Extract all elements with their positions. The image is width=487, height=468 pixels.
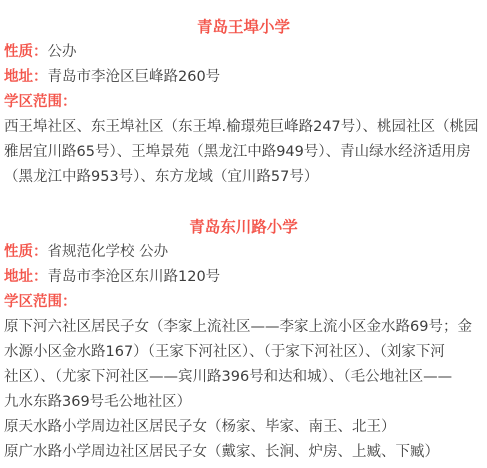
address-value: 青岛市李沧区巨峰路260号 <box>48 69 221 85</box>
nature-label: 性质： <box>4 244 48 260</box>
address-label: 地址： <box>4 269 48 285</box>
school-info-document: 青岛王埠小学 性质：公办 地址：青岛市李沧区巨峰路260号 学区范围： 西王埠社… <box>0 0 487 468</box>
district-label: 学区范围： <box>4 90 483 115</box>
school-title: 青岛王埠小学 <box>4 15 483 40</box>
district-line: 社区）、（尤家下河社区——宾川路396号和达和城）、（毛公地社区—— <box>4 365 483 390</box>
district-line: 原天水路小学周边社区居民子女（杨家、毕家、南王、北王） <box>4 415 483 440</box>
district-line: 九水东路369号毛公地社区） <box>4 390 483 415</box>
nature-value: 公办 <box>48 44 77 60</box>
nature-field: 性质：公办 <box>4 40 483 65</box>
address-value: 青岛市李沧区东川路120号 <box>48 269 221 285</box>
nature-value: 省规范化学校 公办 <box>48 244 169 260</box>
address-label: 地址： <box>4 69 48 85</box>
district-label: 学区范围： <box>4 290 483 315</box>
district-line: （黑龙江中路953号）、东方龙域（宜川路57号） <box>4 165 483 190</box>
address-field: 地址：青岛市李沧区东川路120号 <box>4 265 483 290</box>
nature-field: 性质：省规范化学校 公办 <box>4 240 483 265</box>
district-line: 雅居宜川路65号）、王埠景苑（黑龙江中路949号）、青山绿水经济适用房 <box>4 140 483 165</box>
district-line: 原下河六社区居民子女（李家上流社区——李家上流小区金水路69号；金 <box>4 315 483 340</box>
district-line: 原广水路小学周边社区居民子女（戴家、长涧、炉房、上臧、下臧） <box>4 440 483 465</box>
district-line: 水源小区金水路167）（王家下河社区）、（于家下河社区）、（刘家下河 <box>4 340 483 365</box>
school-section-dongchuanlu: 青岛东川路小学 性质：省规范化学校 公办 地址：青岛市李沧区东川路120号 学区… <box>4 215 483 465</box>
nature-label: 性质： <box>4 44 48 60</box>
school-section-wangbu: 青岛王埠小学 性质：公办 地址：青岛市李沧区巨峰路260号 学区范围： 西王埠社… <box>4 15 483 190</box>
address-field: 地址：青岛市李沧区巨峰路260号 <box>4 65 483 90</box>
school-title: 青岛东川路小学 <box>4 215 483 240</box>
district-line: 西王埠社区、东王埠社区（东王埠.榆璟苑巨峰路247号）、桃园社区（桃园 <box>4 115 483 140</box>
